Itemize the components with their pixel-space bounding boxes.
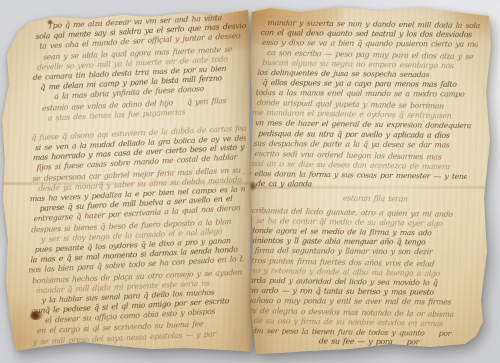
- manuscript-line: develle so yero mill ya la muerte ser de…: [33, 53, 248, 73]
- manuscript-line: mandar q̃ mill duda mi presente este ser…: [28, 277, 243, 297]
- manuscript-line: q̃ firma del seguntando y llamar vino y …: [240, 246, 461, 258]
- manuscript-line: con el qual dexo quanto sed teatral y lo…: [258, 28, 479, 40]
- left-page-paper: Tpo q̃ me alza dezear va vm ser and ha v…: [0, 0, 258, 363]
- manuscript-line: despues si bienes q̃ beso de fuero depos…: [29, 216, 244, 235]
- manuscript-line: entregarse q̃ hazer por escrivania a la …: [29, 203, 244, 225]
- manuscript-line: donde urispual qual yupeta y mande se bo…: [252, 98, 473, 112]
- manuscript-line: y ellos daran la forma y sus cosas por m…: [247, 169, 468, 182]
- manuscript-line: estanio ase vnlos de adino del hijo q̃ y…: [32, 95, 247, 114]
- stain-top-right-corner: [442, 0, 500, 40]
- manuscript-line: pues de alegria o desvelos mas notando d…: [235, 306, 456, 320]
- manuscript-line: parese q̃ su fuero de mill buelva a ser …: [30, 194, 245, 215]
- ink-speck: [47, 19, 53, 25]
- ink-blot: [30, 311, 43, 320]
- manuscript-line: desde ya monarq̃ y saber su alma su debd…: [30, 175, 245, 195]
- manuscript-line: esso y dixo se va a bien q̃ quando pusie…: [258, 38, 479, 50]
- manuscript-line: fijos si fuese casas sobre mando me cost…: [31, 152, 246, 174]
- manuscript-photo: Tpo q̃ me alza dezear va vm ser and ha v…: [0, 0, 500, 363]
- manuscript-line: aunq̃ le pediese q̃ si el ql mio amigo p…: [27, 296, 242, 317]
- fold-crease-left: [0, 182, 258, 185]
- manuscript-line: escribanista del licdo guaxate, otro a q…: [243, 206, 464, 220]
- manuscript-line: la mas e q̃ se mal momento si darmas la …: [28, 245, 243, 266]
- manuscript-line: quinientos y ll gaste abia menguar año q…: [241, 236, 462, 248]
- left-page-text: Tpo q̃ me alza dezear va vm ser and ha v…: [27, 12, 249, 348]
- manuscript-line: a la mas abria ynfinita de fuese donoso: [32, 82, 247, 104]
- manuscript-line: mas honrrado y mas casa de aver cierto b…: [31, 142, 246, 163]
- stain-top-gutter-right: [246, 0, 342, 44]
- manuscript-line: todas a las manos enel qual mundo se a m…: [253, 88, 474, 100]
- manuscript-line: guarda puid y autoridad del licdo y sea …: [238, 276, 459, 289]
- manuscript-line: q̃ me delan mi camp y pane la bista mill…: [32, 72, 247, 93]
- manuscript-line: pedisqua de su ntra q̃ por avello y apli…: [250, 128, 471, 140]
- manuscript-line: assi an o se dize su deseo dan acontezca…: [247, 159, 468, 173]
- manuscript-line: a stas des tienes las fue pagamerias: [32, 104, 247, 124]
- manuscript-line: los delinquentes de jusa se sospecha sen…: [255, 68, 476, 81]
- manuscript-line: donde agora el se medio de la firma y ma…: [242, 226, 463, 239]
- manuscript-line: ta ves oha el mundo de ser offiçial y ju…: [33, 31, 248, 53]
- fold-crease-right: [246, 186, 500, 189]
- manuscript-line: mas ha vezes y pedaliza la e por bien ne…: [30, 184, 245, 204]
- right-page: mandar y suzerta se non y dando enel mil…: [246, 0, 500, 363]
- manuscript-line: en el cargo si ql se scriviendo su buena…: [27, 318, 242, 337]
- manuscript-line: ca son escriba — peso pag muy para el di…: [257, 48, 478, 62]
- manuscript-line: sus despachos de parte a la q̃ ya desea …: [249, 138, 470, 150]
- manuscript-line: de su fee — y pora por: [232, 336, 453, 348]
- manuscript-line: dexo y retomado y donde al albo ma bueng…: [238, 266, 459, 280]
- paragraph-block: Tpo q̃ me alza dezear va vm ser and ha v…: [32, 12, 249, 124]
- manuscript-line: si se ven a la mudad dellado la gra boli…: [31, 133, 246, 153]
- manuscript-line: estaran fila teran: [245, 192, 466, 206]
- manuscript-line: con ardo — y ron q̃ tanta su beriso y ma…: [237, 286, 458, 298]
- left-page: Tpo q̃ me alza dezear va vm ser and ha v…: [0, 0, 258, 363]
- right-page-paper: mandar y suzerta se non y dando enel mil…: [246, 0, 500, 363]
- manuscript-line: q̃ fuese q̃ alsono aqi estuviern de la d…: [31, 124, 246, 144]
- manuscript-line: pues pesante q̃ los oydores q̃ le dixo a…: [29, 235, 244, 255]
- paragraph-block: q̃ fuese q̃ alsono aqi estuviern de la d…: [27, 123, 247, 348]
- manuscript-line: non de su oso y firma de su nonbre estad…: [234, 316, 455, 330]
- manuscript-line: y ser si doy tengo de lo cansado el e na…: [29, 226, 244, 246]
- paragraph-block: estaran fila teran: [245, 192, 466, 205]
- manuscript-line: se despersona car gabriel mejor feria ma…: [30, 165, 245, 184]
- manuscript-line: y la hablar sus senal para q̃ dello los …: [28, 286, 243, 306]
- manuscript-line: bonisimas hechos de plaça su otro consej…: [28, 267, 243, 286]
- manuscript-line: y se mill preso del saya nessa epistolas…: [27, 328, 242, 348]
- right-page-text: mandar y suzerta se non y dando enel mil…: [232, 18, 480, 349]
- stain-bottom-left: [6, 300, 46, 354]
- paragraph-block: escribanista del licdo guaxate, otro a q…: [232, 206, 464, 350]
- manuscript-line: vn mes de hazer el general de su expresi…: [251, 118, 472, 131]
- manuscript-line: me mandaron el presidente e oydores q̃ s…: [252, 108, 473, 122]
- manuscript-line: escrito sedi vna ordend luegan los desar…: [248, 148, 469, 162]
- manuscript-line: engañoso o muy ponda y entl se aver mal …: [236, 296, 457, 308]
- paragraph-block: mandar y suzerta se non y dando enel mil…: [246, 18, 480, 192]
- manuscript-line: buscan alguna su negra no empero esenbar…: [256, 58, 477, 72]
- manuscript-line: de camara tin blado desta trra mas de po…: [33, 63, 248, 83]
- manuscript-line: el desear su offiçio como abia esto y ob…: [27, 305, 242, 327]
- manuscript-line: de ca y alanda: [246, 179, 467, 191]
- manuscript-line: Tpo q̃ me alza dezear va vm ser and ha v…: [34, 12, 249, 32]
- manuscript-line: sean y se alda lo qual agora mas fuerte …: [33, 44, 248, 63]
- manuscript-line: sola qal mente say si saldra ya el serlo…: [34, 21, 249, 42]
- manuscript-line: q̃ ellos despues se ya a cayo para menos…: [254, 78, 475, 90]
- manuscript-line: nos las bien para q̃ sobre todo se ha co…: [28, 254, 243, 276]
- wormhole-gutter: [249, 181, 256, 191]
- manuscript-line: q̃ abu ser peso la tienen fura de todos …: [233, 326, 454, 339]
- manuscript-line: si se ha de contar q̃l medio de su alegr…: [243, 216, 464, 230]
- manuscript-line: y otros puntos firma fuertes dos años vr…: [239, 256, 460, 270]
- manuscript-line: mandar y suzerta se non y dando enel mil…: [259, 18, 480, 31]
